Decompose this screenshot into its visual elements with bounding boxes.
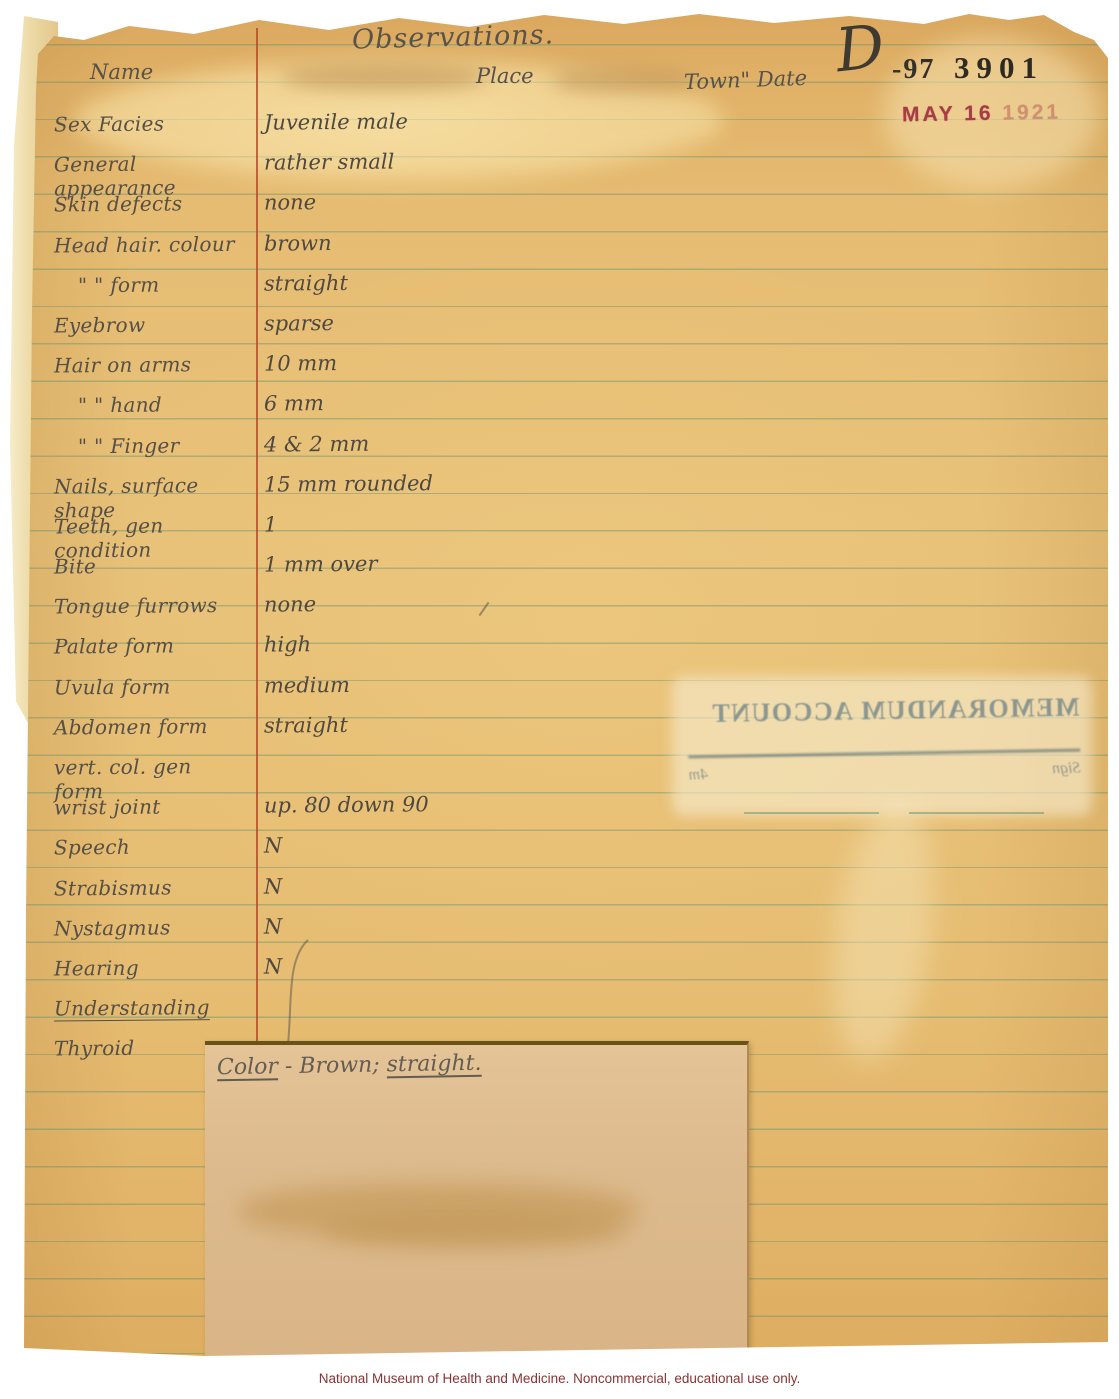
row-label: Tongue furrows bbox=[54, 593, 246, 619]
row-label: Head hair. colour bbox=[54, 231, 246, 257]
museum-credit-line: National Museum of Health and Medicine. … bbox=[0, 1371, 1119, 1386]
row-label: wrist joint bbox=[54, 794, 246, 820]
row-value: straight bbox=[264, 713, 348, 738]
town-date-label: Town" Date bbox=[684, 66, 808, 94]
row-label: Skin defects bbox=[54, 191, 246, 217]
memorandum-stamp-title: MEMORANDUM ACCOUNT bbox=[687, 693, 1079, 730]
card-note-color-word: Color bbox=[217, 1054, 278, 1080]
card-note-straight-word: straight. bbox=[386, 1051, 481, 1078]
row-value: 10 mm bbox=[264, 351, 337, 376]
row-label: Uvula form bbox=[54, 673, 246, 699]
catalog-number: 3901 bbox=[954, 50, 1044, 86]
sign-label: Sign bbox=[1052, 760, 1081, 778]
row-label: " " form bbox=[54, 272, 246, 298]
card-note: Color - Brown; straight. bbox=[217, 1051, 482, 1081]
row-label: Eyebrow bbox=[54, 312, 246, 338]
ledger-line-fragments bbox=[744, 812, 1044, 814]
scanned-document: Observations. Name Place Town" Date D -9… bbox=[0, 0, 1119, 1399]
row-value: Juvenile male bbox=[264, 109, 408, 134]
row-value: 6 mm bbox=[264, 391, 324, 416]
memorandum-stamp-rule bbox=[688, 749, 1080, 759]
row-value: 4 & 2 mm bbox=[264, 431, 369, 456]
name-label: Name bbox=[90, 60, 153, 84]
row-label: Abdomen form bbox=[54, 714, 246, 740]
redacted-signature-blur bbox=[325, 1213, 625, 1247]
row-label: Bite bbox=[54, 553, 246, 579]
attached-card: Color - Brown; straight. bbox=[205, 1041, 749, 1361]
row-label: Palate form bbox=[54, 633, 246, 659]
row-label: Nystagmus bbox=[54, 915, 246, 941]
row-label: Understanding bbox=[54, 995, 246, 1021]
row-label: " " Finger bbox=[54, 432, 246, 458]
row-value: 15 mm rounded bbox=[264, 471, 433, 496]
row-label: Strabismus bbox=[54, 874, 246, 900]
case-letter: D bbox=[832, 12, 887, 87]
row-value: sparse bbox=[264, 311, 334, 336]
row-value: straight bbox=[264, 271, 348, 296]
row-label: Hearing bbox=[54, 955, 246, 981]
row-value: N bbox=[264, 834, 283, 858]
card-note-middle: - Brown; bbox=[278, 1052, 387, 1079]
case-number: -97 bbox=[892, 54, 935, 86]
redacted-name-blur bbox=[282, 64, 487, 90]
row-label: Sex Facies bbox=[54, 111, 246, 137]
observation-form-page: Observations. Name Place Town" Date D -9… bbox=[24, 12, 1108, 1360]
row-value: none bbox=[264, 191, 316, 215]
row-value: medium bbox=[264, 673, 350, 698]
row-value: up. 80 down 90 bbox=[264, 792, 429, 817]
memorandum-bleedthrough-stamp: MEMORANDUM ACCOUNT Sign 4m bbox=[687, 693, 1080, 785]
row-value: N bbox=[264, 874, 283, 898]
observation-rows: Sex FaciesJuvenile male General appearan… bbox=[54, 108, 1082, 1073]
row-value: none bbox=[264, 592, 316, 616]
row-label: Speech bbox=[54, 834, 246, 860]
row-label: Hair on arms bbox=[54, 352, 246, 378]
row-value: 1 bbox=[264, 512, 278, 536]
amount-label: 4m bbox=[688, 766, 708, 784]
row-label: " " hand bbox=[54, 392, 246, 418]
row-value: 1 mm over bbox=[264, 552, 378, 577]
page-title: Observations. bbox=[352, 19, 555, 55]
row-value: brown bbox=[264, 231, 332, 256]
row-value: high bbox=[264, 633, 311, 657]
redacted-place-blur bbox=[552, 68, 692, 92]
row-value: rather small bbox=[264, 150, 395, 175]
place-label: Place bbox=[476, 64, 534, 88]
